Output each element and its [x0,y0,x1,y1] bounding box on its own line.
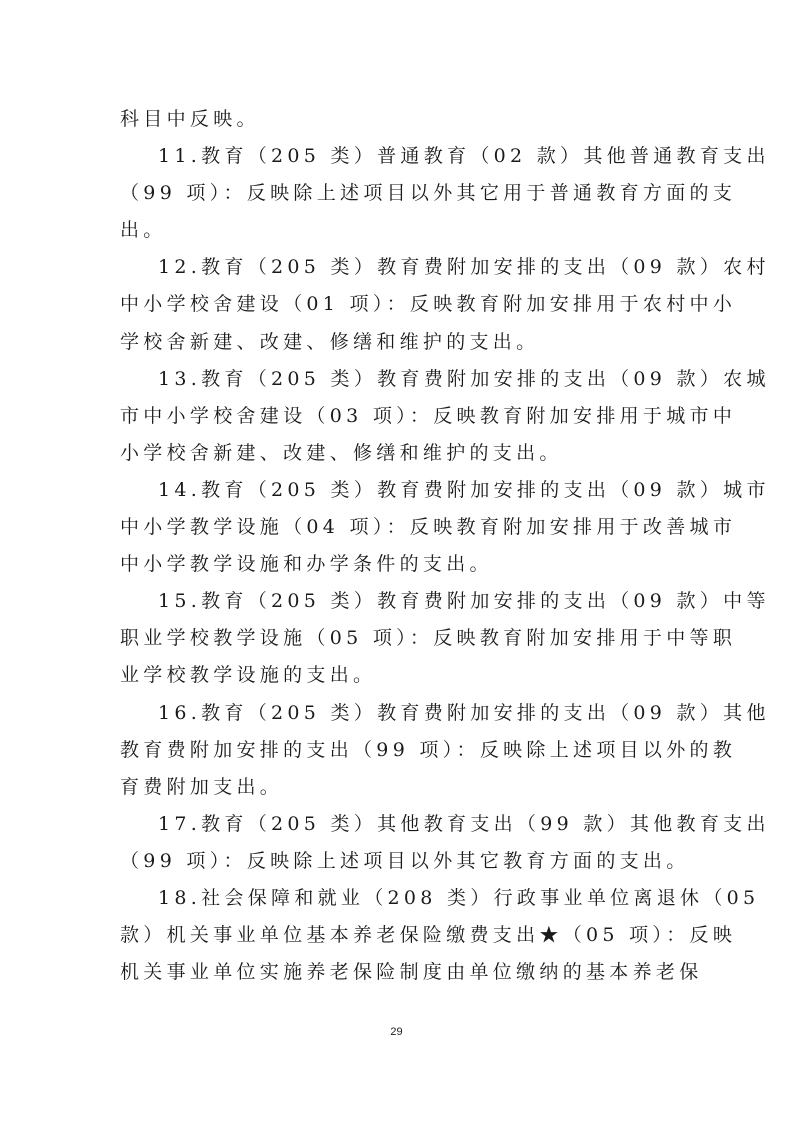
paragraph-18-line-3: 机关事业单位实施养老保险制度由单位缴纳的基本养老保 [120,954,676,991]
paragraph-13-line-2: 市中小学校舍建设（03 项）：反映教育附加安排用于城市中 [120,398,676,435]
paragraph-11-line-2: （99 项）：反映除上述项目以外其它用于普通教育方面的支 [120,175,676,212]
paragraph-11-line-3: 出。 [120,212,676,249]
paragraph-14-line-3: 中小学教学设施和办学条件的支出。 [120,546,676,583]
paragraph-16-line-1: 16.教育（205 类）教育费附加安排的支出（09 款）其他 [120,695,676,732]
paragraph-16-line-2: 教育费附加安排的支出（99 项）：反映除上述项目以外的教 [120,732,676,769]
paragraph-14-line-1: 14.教育（205 类）教育费附加安排的支出（09 款）城市 [120,472,676,509]
paragraph-15-line-2: 职业学校教学设施（05 项）：反映教育附加安排用于中等职 [120,620,676,657]
paragraph-11-line-1: 11.教育（205 类）普通教育（02 款）其他普通教育支出 [120,138,676,175]
paragraph-17-line-1: 17.教育（205 类）其他教育支出（99 款）其他教育支出 [120,806,676,843]
paragraph-12-line-1: 12.教育（205 类）教育费附加安排的支出（09 款）农村 [120,249,676,286]
document-page: 科目中反映。 11.教育（205 类）普通教育（02 款）其他普通教育支出 （9… [0,0,793,1122]
paragraph-15-line-1: 15.教育（205 类）教育费附加安排的支出（09 款）中等 [120,583,676,620]
paragraph-14-line-2: 中小学教学设施（04 项）：反映教育附加安排用于改善城市 [120,509,676,546]
paragraph-17-line-2: （99 项）：反映除上述项目以外其它教育方面的支出。 [120,843,676,880]
paragraph-continuation: 科目中反映。 [120,101,676,138]
paragraph-13-line-1: 13.教育（205 类）教育费附加安排的支出（09 款）农城 [120,361,676,398]
paragraph-13-line-3: 小学校舍新建、改建、修缮和维护的支出。 [120,435,676,472]
paragraph-18-line-2: 款）机关事业单位基本养老保险缴费支出★（05 项）：反映 [120,917,676,954]
body-text: 科目中反映。 11.教育（205 类）普通教育（02 款）其他普通教育支出 （9… [120,101,676,991]
paragraph-16-line-3: 育费附加支出。 [120,769,676,806]
page-number: 29 [0,1026,793,1038]
paragraph-12-line-3: 学校舍新建、改建、修缮和维护的支出。 [120,324,676,361]
paragraph-15-line-3: 业学校教学设施的支出。 [120,657,676,694]
paragraph-12-line-2: 中小学校舍建设（01 项）：反映教育附加安排用于农村中小 [120,286,676,323]
paragraph-18-line-1: 18.社会保障和就业（208 类）行政事业单位离退休（05 [120,880,676,917]
